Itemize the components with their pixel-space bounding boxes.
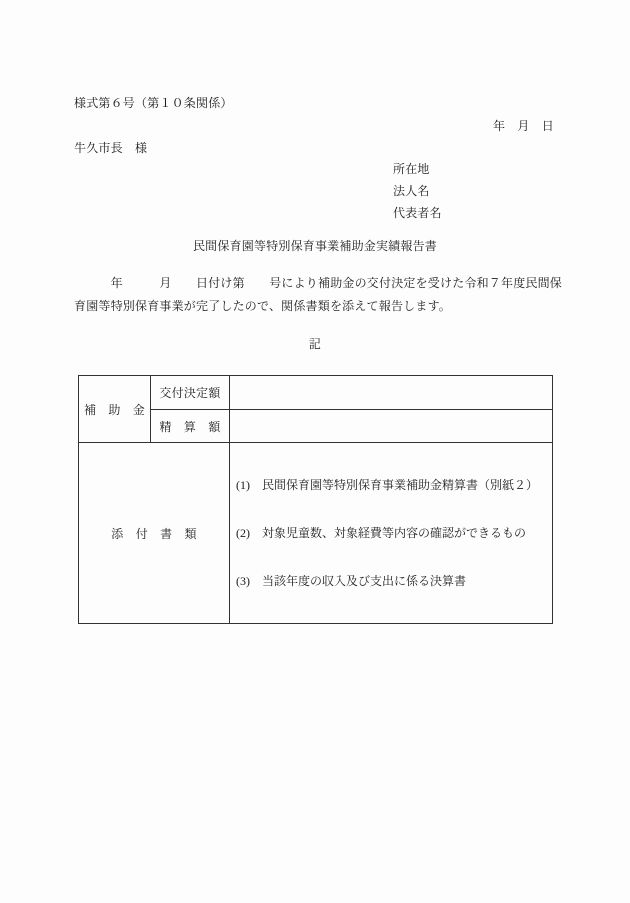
document-page: 様式第６号（第１０条関係） 年 月 日 牛久市長 様 所在地 法人名 代表者名 …: [0, 0, 630, 903]
attachment-item-3: (3) 当該年度の収入及び支出に係る決算書: [236, 573, 548, 589]
body-text-line1: 年 月 日付け第 号により補助金の交付決定を受けた令和７年度民間保: [74, 276, 562, 291]
attachments-list-cell: (1) 民間保育園等特別保育事業補助金精算書（別紙２） (2) 対象児童数、対象…: [230, 443, 553, 624]
table-row-grant-decision: 補 助 金 交付決定額: [79, 376, 553, 410]
document-title: 民間保育園等特別保育事業補助金実績報告書: [0, 239, 630, 254]
applicant-address-label: 所在地: [393, 162, 430, 177]
addressee: 牛久市長 様: [74, 141, 147, 156]
table-row-settlement: 精 算 額: [79, 410, 553, 443]
attachment-item-2: (2) 対象児童数、対象経費等内容の確認ができるもの: [236, 525, 548, 541]
grant-decision-value-cell: [230, 376, 553, 410]
settlement-label-cell: 精 算 額: [151, 410, 230, 443]
subsidy-header-cell: 補 助 金: [79, 376, 151, 443]
form-number: 様式第６号（第１０条関係）: [74, 96, 233, 111]
attachment-item-1: (1) 民間保育園等特別保育事業補助金精算書（別紙２）: [236, 477, 548, 493]
grant-decision-label-cell: 交付決定額: [151, 376, 230, 410]
table-row-attachments: 添 付 書 類 (1) 民間保育園等特別保育事業補助金精算書（別紙２） (2) …: [79, 443, 553, 624]
date-placeholder: 年 月 日: [493, 119, 554, 134]
applicant-representative-label: 代表者名: [393, 206, 442, 221]
list-marker-ki: 記: [0, 337, 630, 352]
subsidy-table: 補 助 金 交付決定額 精 算 額 添 付 書 類 (1) 民間保育園等特別保育…: [78, 375, 553, 624]
applicant-corporate-name-label: 法人名: [393, 184, 430, 199]
body-text-line2: 育園等特別保育事業が完了したので、関係書類を添えて報告します。: [74, 299, 451, 314]
settlement-value-cell: [230, 410, 553, 443]
attachments-label-cell: 添 付 書 類: [79, 443, 230, 624]
